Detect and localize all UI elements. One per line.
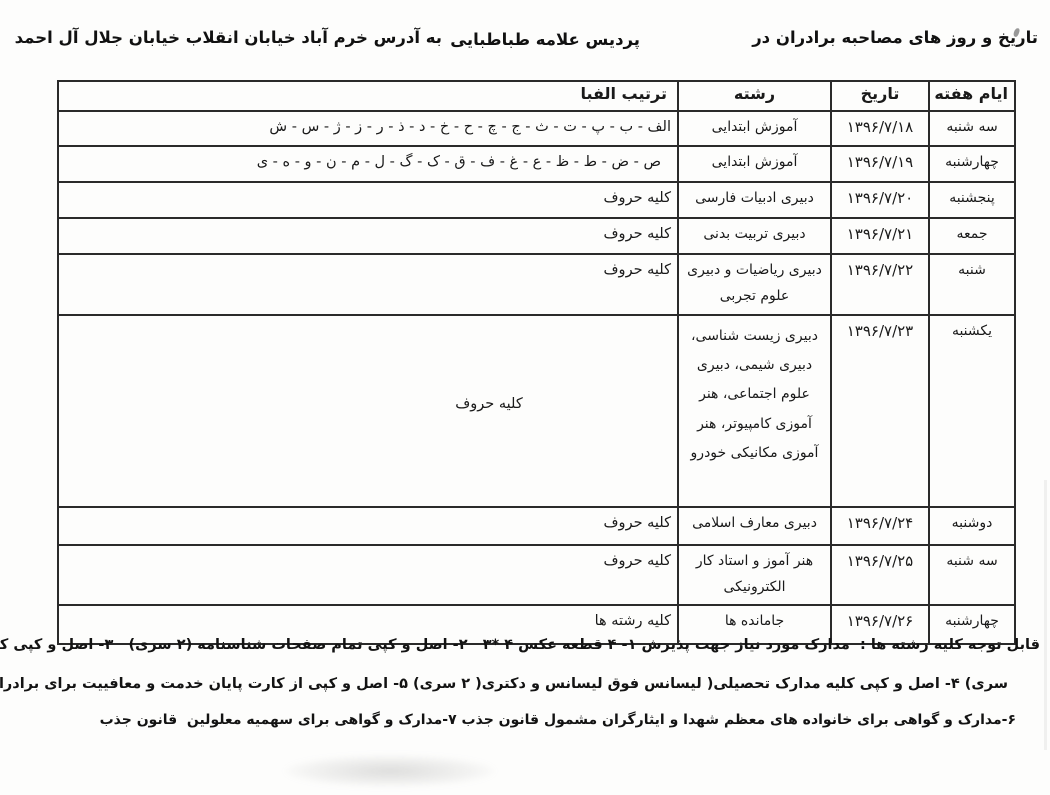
weekday-cell: شنبه	[929, 254, 1015, 315]
date-cell: ۱۳۹۶/۷/۲۲	[831, 254, 929, 315]
note-line-2: سری) ۴- اصل و کپی کلیه مدارک تحصیلی( لیس…	[0, 676, 1008, 692]
scanned-document-page: { "header": { "title": "تاریخ و روز های …	[0, 0, 1050, 795]
scan-smudge-artifact	[285, 755, 495, 787]
page-title: تاریخ و روز های مصاحبه برادران در	[752, 28, 1038, 47]
weekday-cell: دوشنبه	[929, 507, 1015, 545]
date-cell: ۱۳۹۶/۷/۱۹	[831, 146, 929, 182]
date-cell: ۱۳۹۶/۷/۱۸	[831, 111, 929, 146]
address-title: به آدرس خرم آباد خیابان انقلاب خیابان جل…	[15, 28, 442, 47]
field-cell: آموزش ابتدایی	[678, 146, 831, 182]
alphabet-cell: کلیه حروف	[58, 218, 678, 254]
table-row: سه شنبه ۱۳۹۶/۷/۱۸ آموزش ابتدایی الف - ب …	[58, 111, 1015, 146]
scan-edge-artifact	[1044, 480, 1047, 750]
date-cell: ۱۳۹۶/۷/۲۱	[831, 218, 929, 254]
field-cell: دبیری زیست شناسی، دبیری شیمی، دبیری علوم…	[678, 315, 831, 507]
table-row: جمعه ۱۳۹۶/۷/۲۱ دبیری تربیت بدنی کلیه حرو…	[58, 218, 1015, 254]
field-cell: دبیری معارف اسلامی	[678, 507, 831, 545]
table-header-row: ایام هفته تاریخ رشته ترتیب الفبا	[58, 81, 1015, 111]
date-cell: ۱۳۹۶/۷/۲۳	[831, 315, 929, 507]
table-row: یکشنبه ۱۳۹۶/۷/۲۳ دبیری زیست شناسی، دبیری…	[58, 315, 1015, 507]
field-cell: آموزش ابتدایی	[678, 111, 831, 146]
table-row: سه شنبه ۱۳۹۶/۷/۲۵ هنر آموز و استاد کار ا…	[58, 545, 1015, 606]
date-cell: ۱۳۹۶/۷/۲۴	[831, 507, 929, 545]
table-row: چهارشنبه ۱۳۹۶/۷/۱۹ آموزش ابتدایی ص - ض -…	[58, 146, 1015, 182]
weekday-cell: یکشنبه	[929, 315, 1015, 507]
table-row: پنجشنبه ۱۳۹۶/۷/۲۰ دبیری ادبیات فارسی کلی…	[58, 182, 1015, 218]
field-cell: دبیری ریاضیات و دبیری علوم تجربی	[678, 254, 831, 315]
alphabet-cell: کلیه حروف	[58, 545, 678, 606]
alphabet-cell: ص - ض - ط - ظ - ع - غ - ف - ق - ک - گ - …	[58, 146, 678, 182]
weekday-cell: جمعه	[929, 218, 1015, 254]
weekday-cell: چهارشنبه	[929, 146, 1015, 182]
alphabet-cell: کلیه حروف	[58, 254, 678, 315]
field-cell: دبیری تربیت بدنی	[678, 218, 831, 254]
col-header-date: تاریخ	[831, 81, 929, 111]
alphabet-cell: کلیه حروف	[58, 315, 678, 507]
field-cell: دبیری ادبیات فارسی	[678, 182, 831, 218]
alphabet-cell: کلیه حروف	[58, 507, 678, 545]
field-cell: هنر آموز و استاد کار الکترونیکی	[678, 545, 831, 606]
col-header-field: رشته	[678, 81, 831, 111]
weekday-cell: سه شنبه	[929, 545, 1015, 606]
interview-schedule-table: ایام هفته تاریخ رشته ترتیب الفبا سه شنبه…	[57, 80, 1016, 645]
alphabet-cell: کلیه حروف	[58, 182, 678, 218]
weekday-cell: پنجشنبه	[929, 182, 1015, 218]
note-line-1: قابل توجه کلیه رشته ها : مدارک مورد نیاز…	[0, 637, 1040, 653]
note-line-3: ۶-مدارک و گواهی برای خانواده های معظم شه…	[100, 712, 1016, 728]
col-header-weekday: ایام هفته	[929, 81, 1015, 111]
alphabet-cell: الف - ب - پ - ت - ث - ج - چ - ح - خ - د …	[58, 111, 678, 146]
campus-title: پردیس علامه طباطبایی	[450, 30, 640, 49]
table-row: شنبه ۱۳۹۶/۷/۲۲ دبیری ریاضیات و دبیری علو…	[58, 254, 1015, 315]
table-row: دوشنبه ۱۳۹۶/۷/۲۴ دبیری معارف اسلامی کلیه…	[58, 507, 1015, 545]
col-header-alphabet-order: ترتیب الفبا	[58, 81, 678, 111]
weekday-cell: سه شنبه	[929, 111, 1015, 146]
date-cell: ۱۳۹۶/۷/۲۵	[831, 545, 929, 606]
date-cell: ۱۳۹۶/۷/۲۰	[831, 182, 929, 218]
